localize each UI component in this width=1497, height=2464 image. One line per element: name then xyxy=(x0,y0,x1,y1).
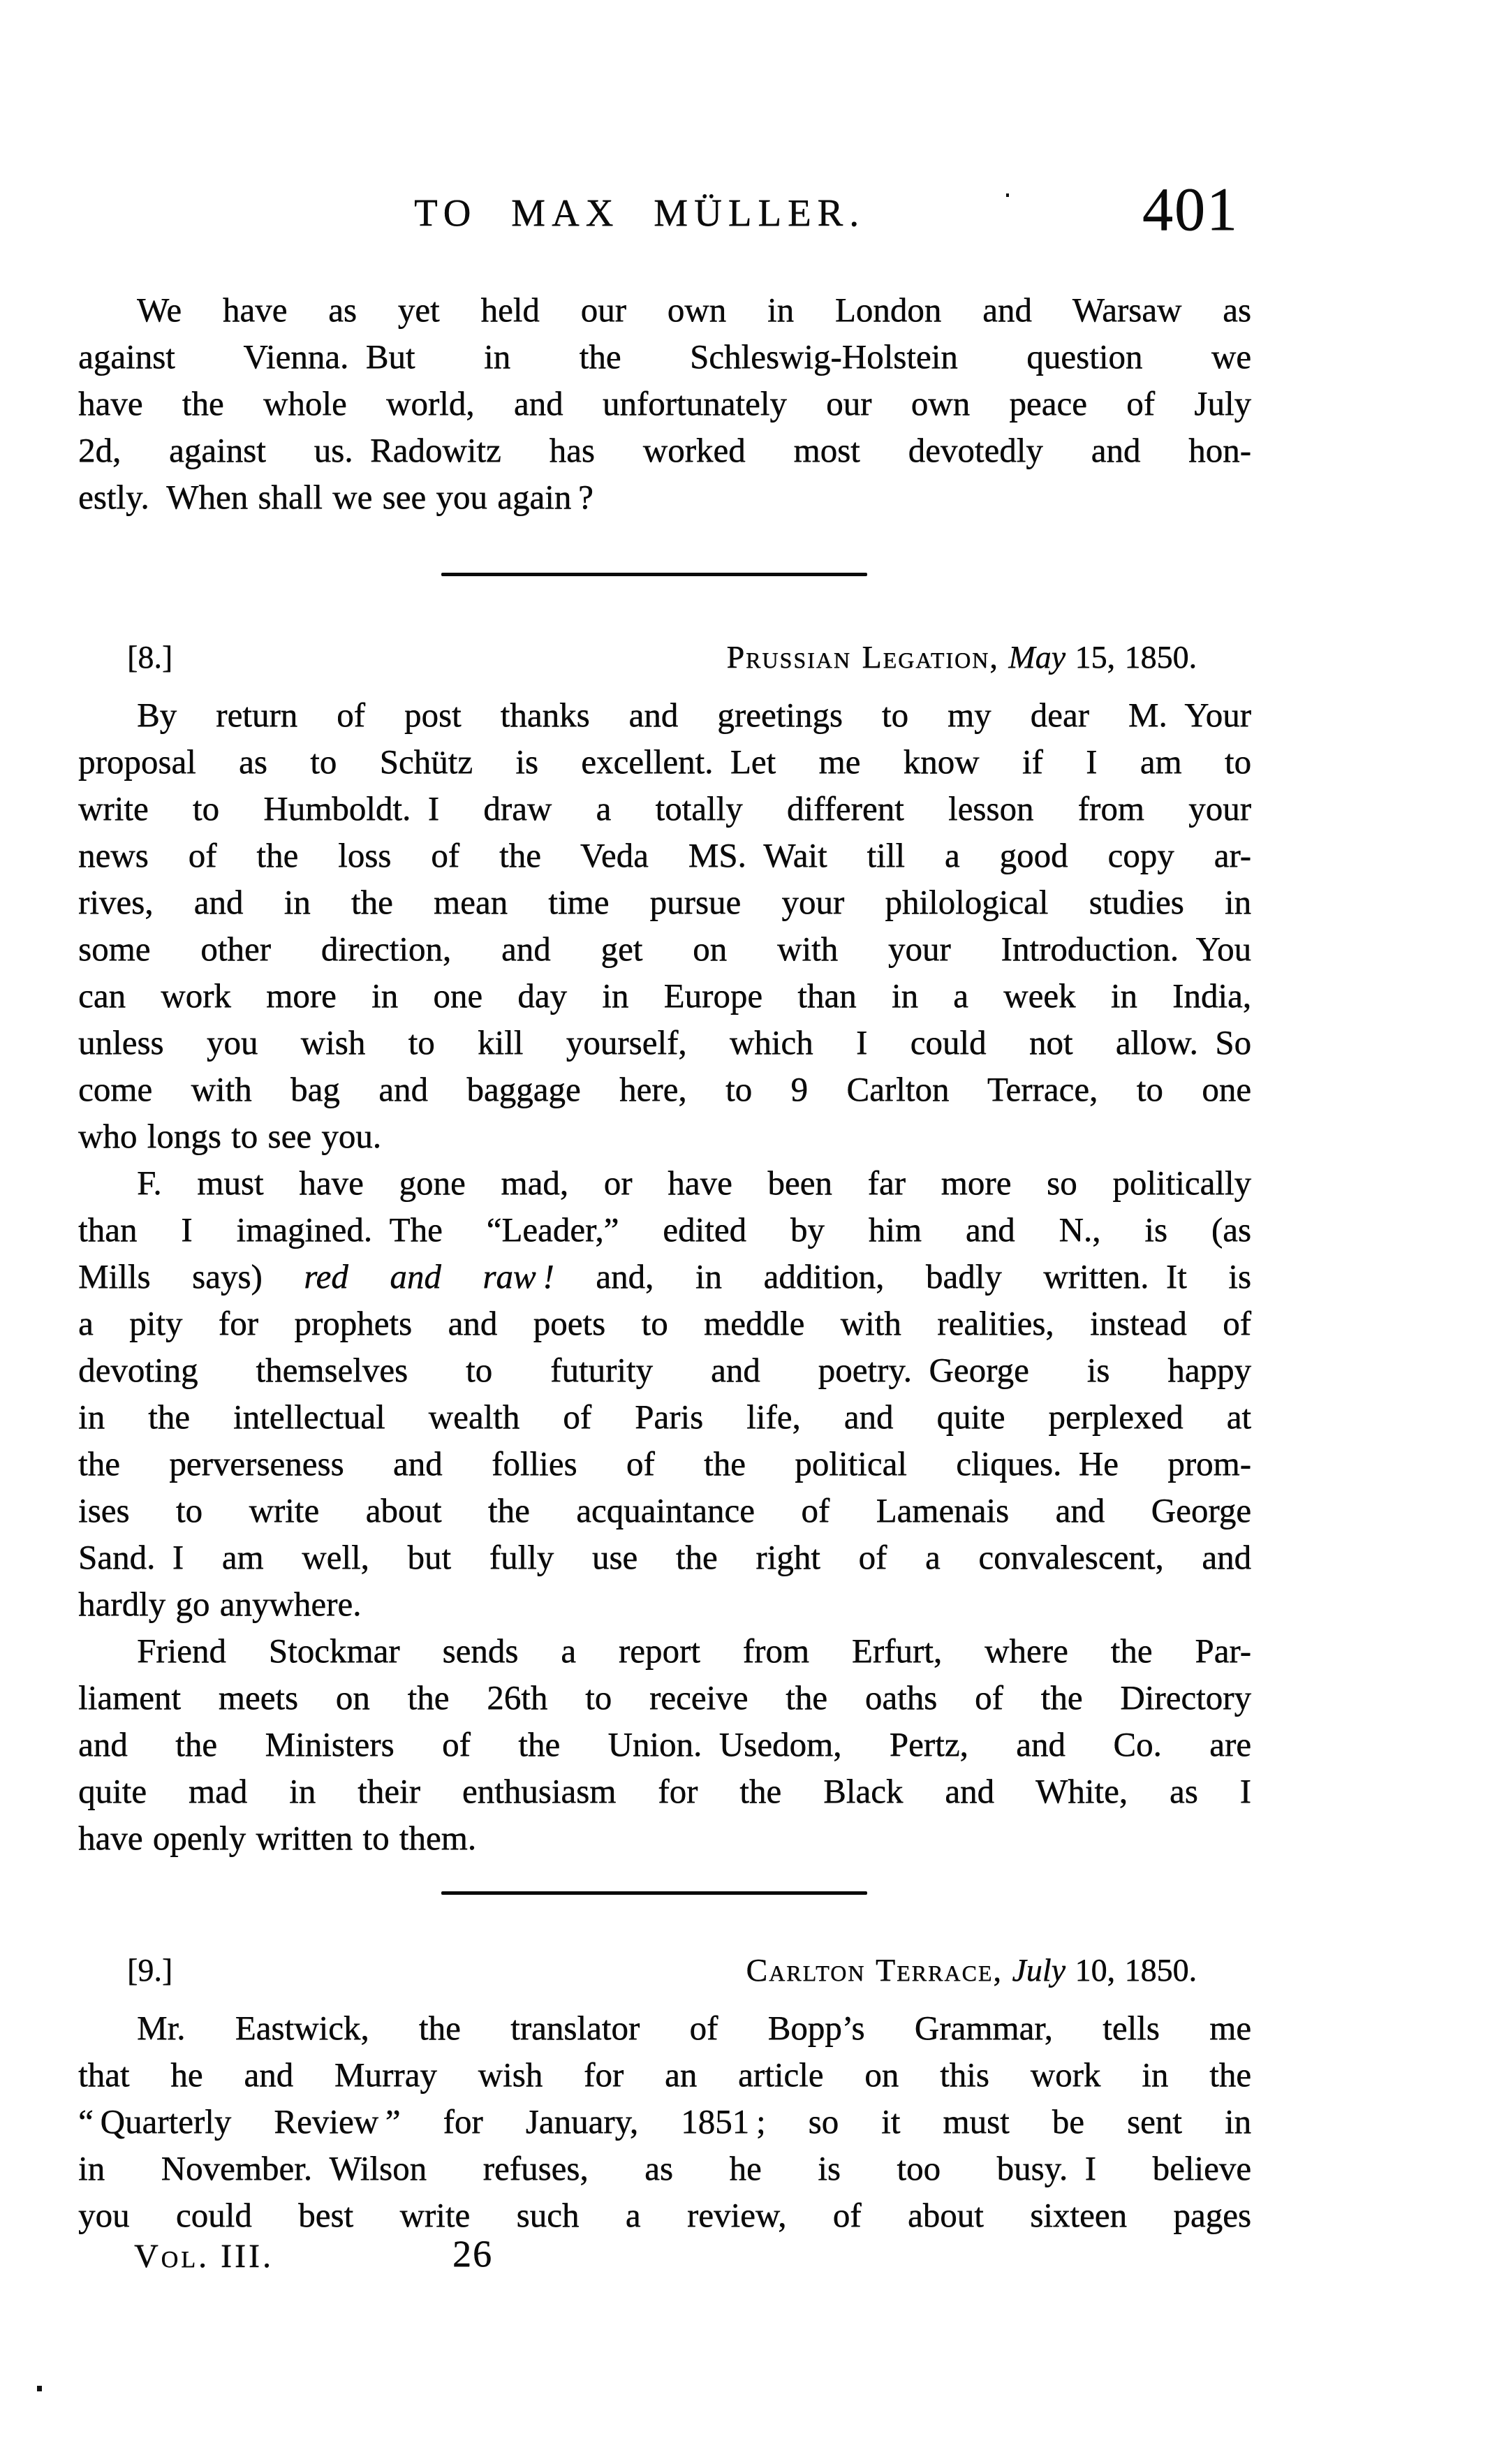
letter-9-place: Carlton Terrace, xyxy=(746,1952,1002,1988)
letter-8-paragraph-2: F. must have gone mad, or have been far … xyxy=(78,1159,1251,1627)
text-line: a pity for prophets and poets to meddle … xyxy=(78,1300,1251,1347)
text-line: can work more in one day in Europe than … xyxy=(78,972,1251,1019)
text-line: unless you wish to kill yourself, which … xyxy=(78,1019,1251,1066)
text-line: Mills says) red and raw ! and, in additi… xyxy=(78,1253,1251,1300)
letter-9-paragraph-1: Mr. Eastwick, the translator of Bopp’s G… xyxy=(78,2004,1251,2238)
text-line: and the Ministers of the Union. Usedom, … xyxy=(78,1721,1251,1768)
text-line: news of the loss of the Veda MS. Wait ti… xyxy=(78,832,1251,879)
text-line: ises to write about the acquaintance of … xyxy=(78,1487,1251,1534)
page-number: 401 xyxy=(1142,179,1239,242)
text-line: come with bag and baggage here, to 9 Car… xyxy=(78,1066,1251,1113)
page-footer: Vol. III. 26 xyxy=(78,2235,1251,2277)
text-line: rives, and in the mean time pursue your … xyxy=(78,879,1251,925)
section-divider xyxy=(441,573,867,576)
running-title: TO MAX MÜLLER. xyxy=(414,191,865,234)
text-line: estly. When shall we see you again ? xyxy=(78,474,1251,520)
book-page: TO MAX MÜLLER. 401 We have as yet held o… xyxy=(0,0,1497,2464)
letter-8-date: 15, 1850. xyxy=(1075,639,1197,675)
signature-number: 26 xyxy=(452,2235,493,2273)
text-line: F. must have gone mad, or have been far … xyxy=(78,1159,1251,1206)
text-line: who longs to see you. xyxy=(78,1113,1251,1159)
volume-label: Vol. III. xyxy=(134,2238,274,2275)
text-line: the perverseness and follies of the poli… xyxy=(78,1440,1251,1487)
text-line: Mr. Eastwick, the translator of Bopp’s G… xyxy=(78,2004,1251,2051)
letter-9-heading: [9.] Carlton Terrace, July 10, 1850. xyxy=(78,1952,1251,1988)
letter-9-month: July xyxy=(1012,1952,1065,1988)
text-column: We have as yet held our own in London an… xyxy=(78,286,1251,2238)
text-line: have the whole world, and unfortunately … xyxy=(78,380,1251,427)
section-divider xyxy=(441,1891,867,1895)
text-line: than I imagined. The “Leader,” edited by… xyxy=(78,1206,1251,1253)
text-line: Sand. I am well, but fully use the right… xyxy=(78,1534,1251,1581)
text-line: some other direction, and get on with yo… xyxy=(78,925,1251,972)
text-line: that he and Murray wish for an article o… xyxy=(78,2051,1251,2098)
text-line: By return of post thanks and greetings t… xyxy=(78,691,1251,738)
letter-8-paragraph-1: By return of post thanks and greetings t… xyxy=(78,691,1251,1159)
text-line: you could best write such a review, of a… xyxy=(78,2192,1251,2238)
running-head: TO MAX MÜLLER. xyxy=(78,193,1251,233)
text-line: quite mad in their enthusiasm for the Bl… xyxy=(78,1768,1251,1814)
ink-speck xyxy=(1006,193,1009,197)
ink-speck xyxy=(37,2386,42,2391)
text-line: have openly written to them. xyxy=(78,1814,1251,1861)
letter-8-number: [8.] xyxy=(127,639,172,675)
text-line: against Vienna. But in the Schleswig-Hol… xyxy=(78,333,1251,380)
letter-9-dateline: Carlton Terrace, July 10, 1850. xyxy=(746,1952,1197,1988)
text-line: in November. Wilson refuses, as he is to… xyxy=(78,2145,1251,2192)
text-line: hardly go anywhere. xyxy=(78,1581,1251,1627)
text-line: in the intellectual wealth of Paris life… xyxy=(78,1393,1251,1440)
text-line: write to Humboldt. I draw a totally diff… xyxy=(78,785,1251,832)
letter-8-place: Prussian Legation, xyxy=(727,639,999,675)
text-line: proposal as to Schütz is excellent. Let … xyxy=(78,738,1251,785)
letter-8-dateline: Prussian Legation, May 15, 1850. xyxy=(727,639,1197,675)
text-line: “ Quarterly Review ” for January, 1851 ;… xyxy=(78,2098,1251,2145)
letter-8-month: May xyxy=(1008,639,1065,675)
text-line: liament meets on the 26th to receive the… xyxy=(78,1674,1251,1721)
intro-paragraph: We have as yet held our own in London an… xyxy=(78,286,1251,520)
text-line: We have as yet held our own in London an… xyxy=(78,286,1251,333)
text-line: devoting themselves to futurity and poet… xyxy=(78,1347,1251,1393)
letter-9-number: [9.] xyxy=(127,1952,172,1988)
letter-8-paragraph-3: Friend Stockmar sends a report from Erfu… xyxy=(78,1627,1251,1861)
letter-9-date: 10, 1850. xyxy=(1075,1952,1197,1988)
text-line: Friend Stockmar sends a report from Erfu… xyxy=(78,1627,1251,1674)
text-line: 2d, against us. Radowitz has worked most… xyxy=(78,427,1251,474)
letter-8-heading: [8.] Prussian Legation, May 15, 1850. xyxy=(78,639,1251,675)
